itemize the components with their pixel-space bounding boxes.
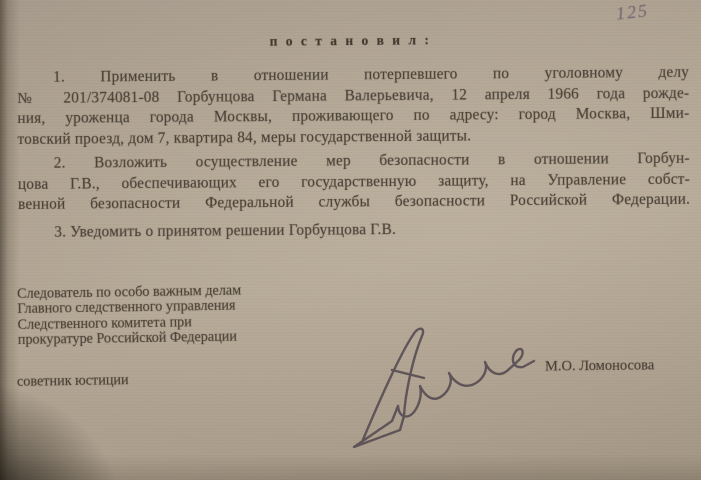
- signatory-name: М.О. Ломоносова: [545, 357, 654, 375]
- scanned-document-photo: 125 п о с т а н о в и л : 1. Применить в…: [0, 0, 701, 480]
- signatory-rank: советник юстиции: [17, 372, 129, 391]
- signatory-title-line: прокуратуре Российской Федерации: [18, 328, 348, 349]
- signature-scrawl: [334, 316, 562, 448]
- document-body: 1. Применить в отношении потерпевшего по…: [17, 63, 690, 243]
- handwritten-page-number: 125: [615, 0, 650, 24]
- signatory-title-block: Следователь по особо важным делам Главно…: [17, 282, 348, 349]
- body-line: венной безопасности Федеральной службы б…: [18, 190, 690, 216]
- document-title: п о с т а н о в и л :: [0, 30, 701, 52]
- body-line: 3. Уведомить о принятом решении Горбунцо…: [18, 217, 690, 243]
